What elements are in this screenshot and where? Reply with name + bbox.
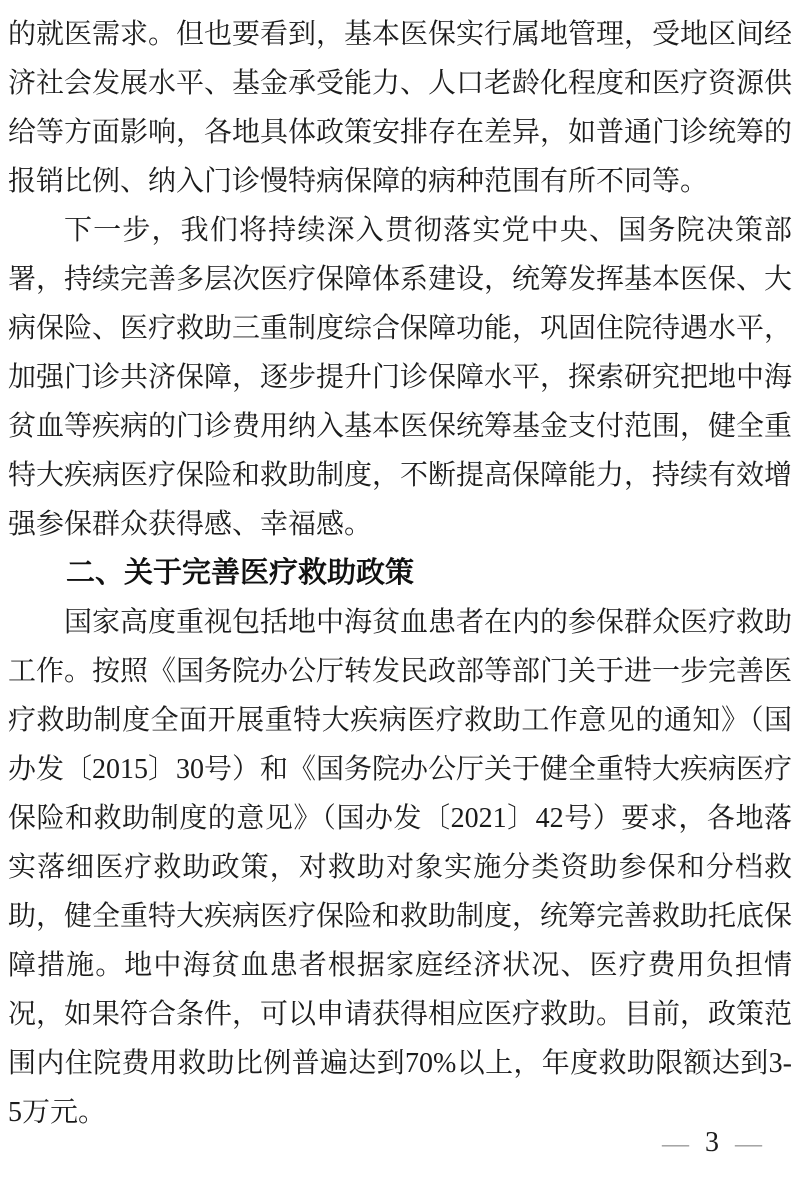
- paragraph-next-steps: 下一步，我们将持续深入贯彻落实党中央、国务院决策部署，持续完善多层次医疗保障体系…: [8, 206, 792, 549]
- document-body: 的就医需求。但也要看到，基本医保实行属地管理，受地区间经济社会发展水平、基金承受…: [8, 10, 792, 1137]
- page-footer: — 3 —: [662, 1128, 762, 1158]
- footer-right-dash: —: [735, 1128, 762, 1158]
- section-heading-medical-assistance-policy: 二、关于完善医疗救助政策: [8, 549, 792, 598]
- paragraph-medical-assistance-detail: 国家高度重视包括地中海贫血患者在内的参保群众医疗救助工作。按照《国务院办公厅转发…: [8, 598, 792, 1137]
- document-page: 的就医需求。但也要看到，基本医保实行属地管理，受地区间经济社会发展水平、基金承受…: [0, 0, 800, 1182]
- page-number: 3: [705, 1128, 719, 1158]
- paragraph-basic-insurance-continuation: 的就医需求。但也要看到，基本医保实行属地管理，受地区间经济社会发展水平、基金承受…: [8, 10, 792, 206]
- footer-left-dash: —: [662, 1128, 689, 1158]
